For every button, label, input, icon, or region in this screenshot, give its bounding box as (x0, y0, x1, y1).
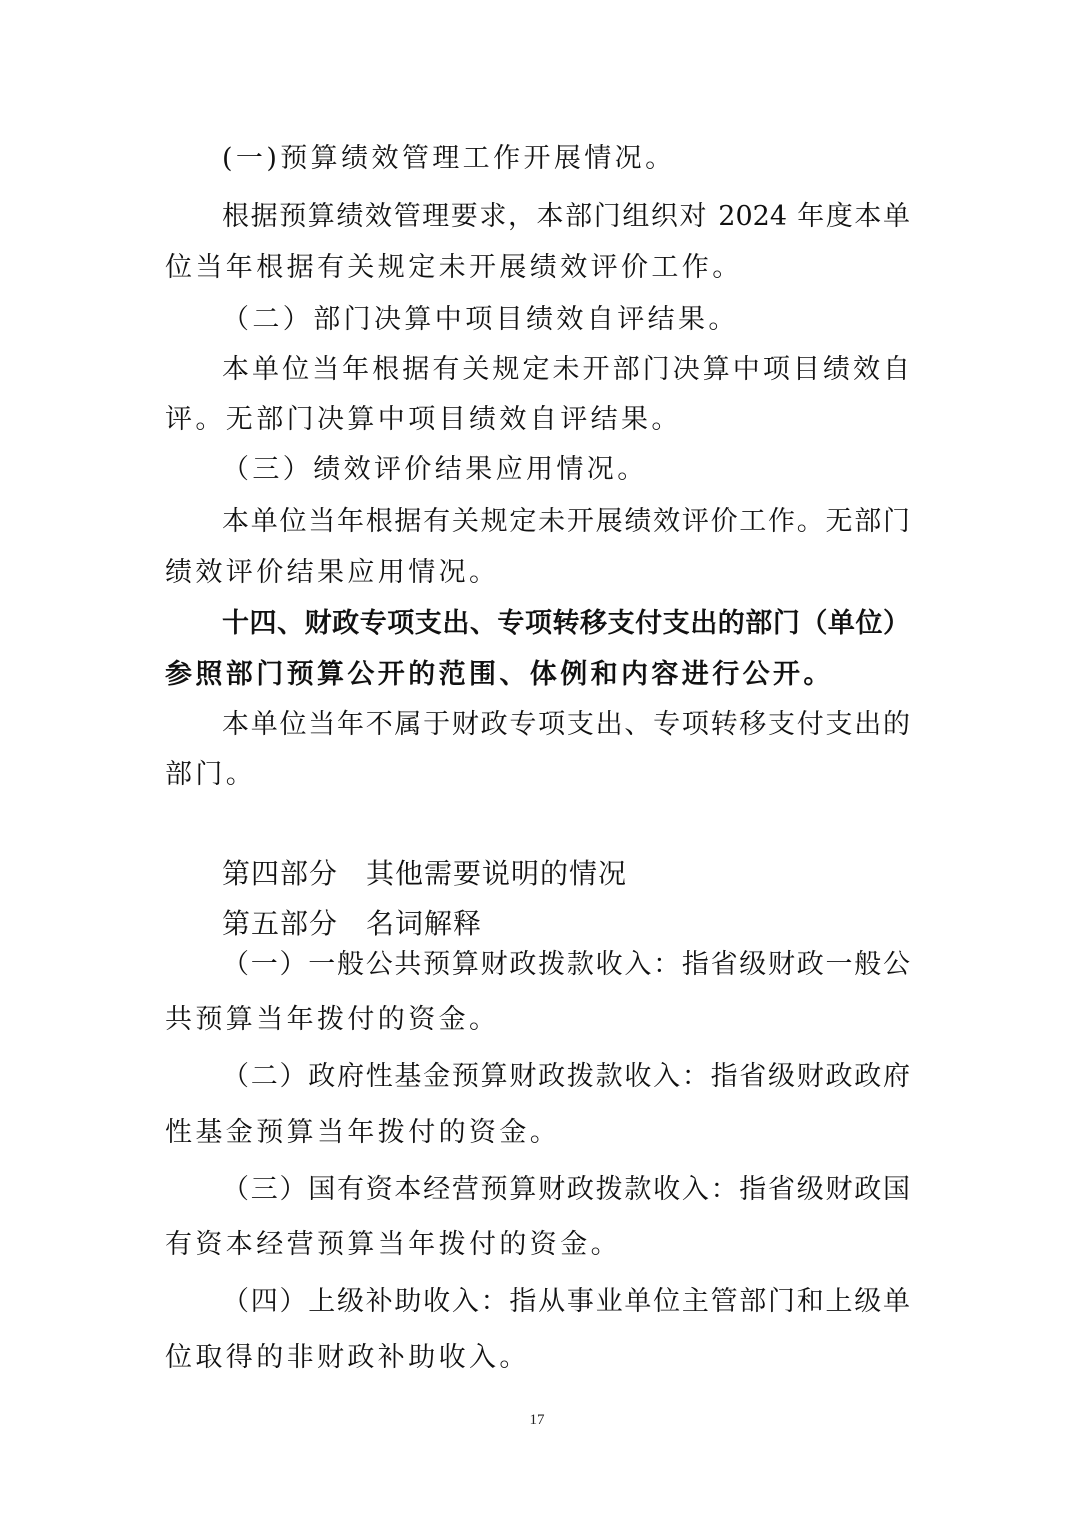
paragraph-line: 本单位当年根据有关规定未开展绩效评价工作。无部门 (222, 504, 910, 540)
section-heading-14: 十四、财政专项支出、专项转移支付支出的部门（单位） (222, 606, 910, 642)
paragraph-line: 部门。 (165, 757, 915, 793)
part-four-label: 第四部分 (222, 857, 338, 890)
paragraph-line: 本单位当年不属于财政专项支出、专项转移支付支出的 (222, 707, 910, 743)
part-five-label: 第五部分 (222, 907, 338, 940)
paragraph-line: 根据预算绩效管理要求，本部门组织对 2024 年度本单 (222, 199, 910, 235)
part-four-heading: 第四部分其他需要说明的情况 (222, 856, 972, 892)
glossary-item-3: （三）国有资本经营预算财政拨款收入：指省级财政国 (222, 1172, 910, 1208)
glossary-item-2-cont: 性基金预算当年拨付的资金。 (165, 1115, 915, 1151)
glossary-item-4-cont: 位取得的非财政补助收入。 (165, 1340, 915, 1376)
paragraph-line: 本单位当年根据有关规定未开部门决算中项目绩效自 (222, 352, 910, 388)
part-five-title: 名词解释 (366, 907, 482, 940)
subsection-heading-3: （三）绩效评价结果应用情况。 (222, 452, 972, 488)
part-five-heading: 第五部分名词解释 (222, 906, 972, 942)
glossary-item-1-cont: 共预算当年拨付的资金。 (165, 1002, 915, 1038)
glossary-item-3-cont: 有资本经营预算当年拨付的资金。 (165, 1227, 915, 1263)
part-four-title: 其他需要说明的情况 (366, 857, 627, 890)
glossary-item-1: （一）一般公共预算财政拨款收入：指省级财政一般公 (222, 947, 910, 983)
paragraph-line: 评。无部门决算中项目绩效自评结果。 (165, 402, 915, 438)
glossary-item-2: （二）政府性基金预算财政拨款收入：指省级财政政府 (222, 1059, 910, 1095)
section-heading-14-cont: 参照部门预算公开的范围、体例和内容进行公开。 (165, 657, 915, 693)
subsection-heading-2: （二）部门决算中项目绩效自评结果。 (222, 302, 972, 338)
document-page: (一)预算绩效管理工作开展情况。 根据预算绩效管理要求，本部门组织对 2024 … (0, 0, 1074, 1520)
glossary-item-4: （四）上级补助收入：指从事业单位主管部门和上级单 (222, 1284, 910, 1320)
paragraph-line: 位当年根据有关规定未开展绩效评价工作。 (165, 250, 915, 286)
paragraph-line: 绩效评价结果应用情况。 (165, 555, 915, 591)
subsection-heading-1: (一)预算绩效管理工作开展情况。 (222, 141, 972, 177)
page-number: 17 (0, 1412, 1074, 1429)
